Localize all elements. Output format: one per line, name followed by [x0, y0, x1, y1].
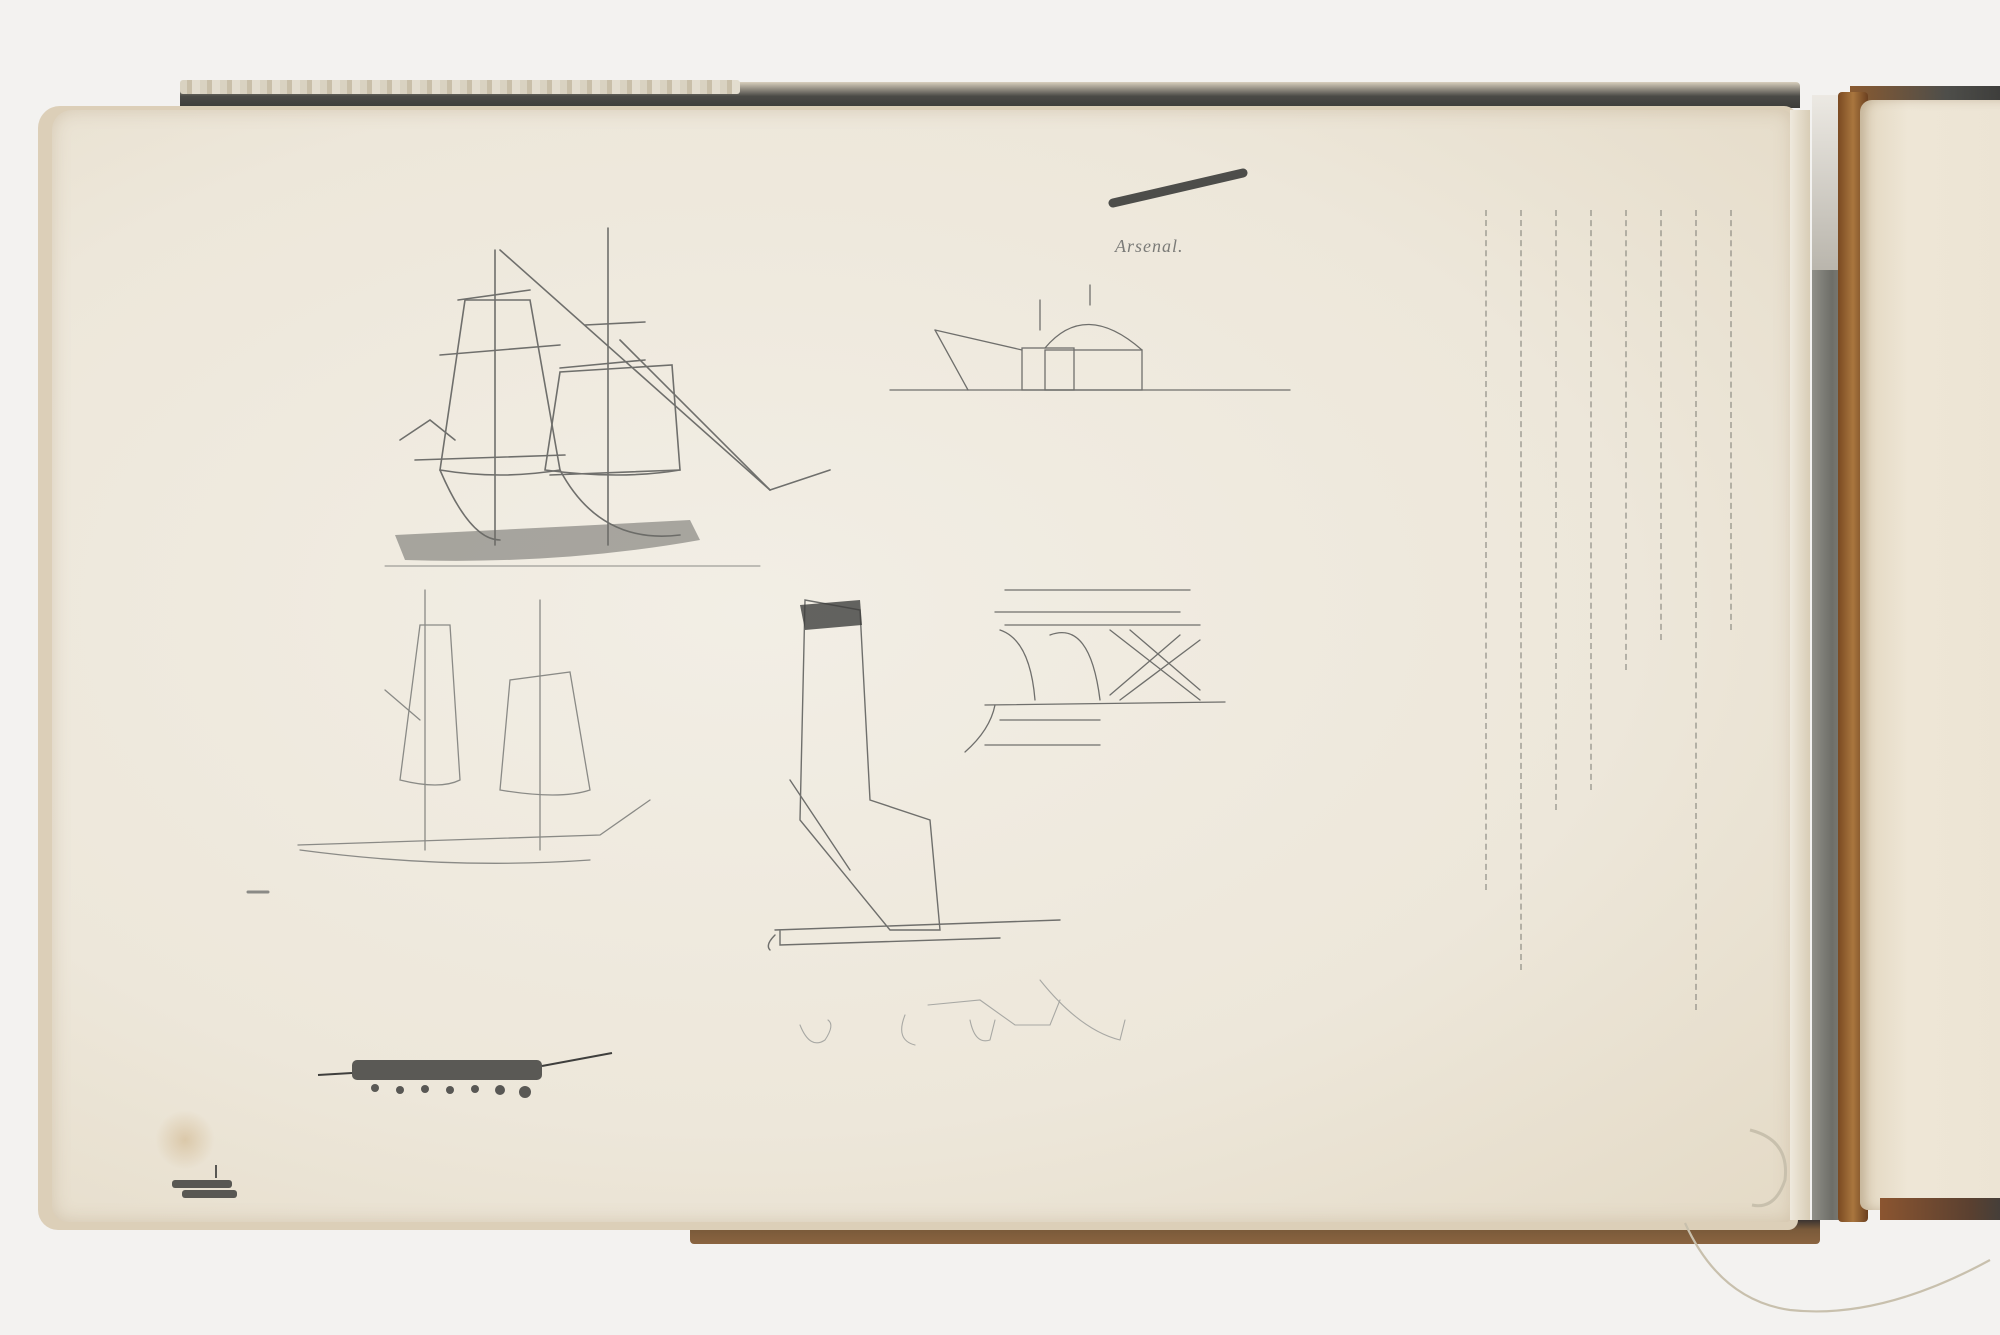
pencil-stroke: [1113, 173, 1243, 203]
boat-silhouette-long: [318, 1053, 612, 1098]
binding-string: [1685, 1223, 1990, 1311]
faint-outlines: [800, 980, 1125, 1045]
sketchbook-photo: Arsenal.: [0, 0, 2000, 1335]
boat-silhouette-small: [172, 1165, 237, 1198]
string-loop: [1750, 1130, 1786, 1206]
handwritten-notes: [1410, 210, 1770, 1110]
brig-under-sail-small: [248, 590, 650, 892]
arsenal-label: Arsenal.: [1115, 236, 1184, 257]
note-line: [1555, 210, 1575, 810]
note-line: [1485, 210, 1505, 890]
note-line: [1590, 210, 1610, 790]
note-line: [1730, 210, 1750, 630]
arsenal-building: [890, 285, 1290, 390]
brig-under-sail-large: [400, 228, 830, 545]
note-line: [1520, 210, 1540, 970]
sculptural-fragment: [768, 600, 1060, 950]
note-line: [1695, 210, 1715, 1010]
note-line: [1660, 210, 1680, 640]
note-line: [1625, 210, 1645, 670]
carved-frieze: [965, 590, 1225, 752]
